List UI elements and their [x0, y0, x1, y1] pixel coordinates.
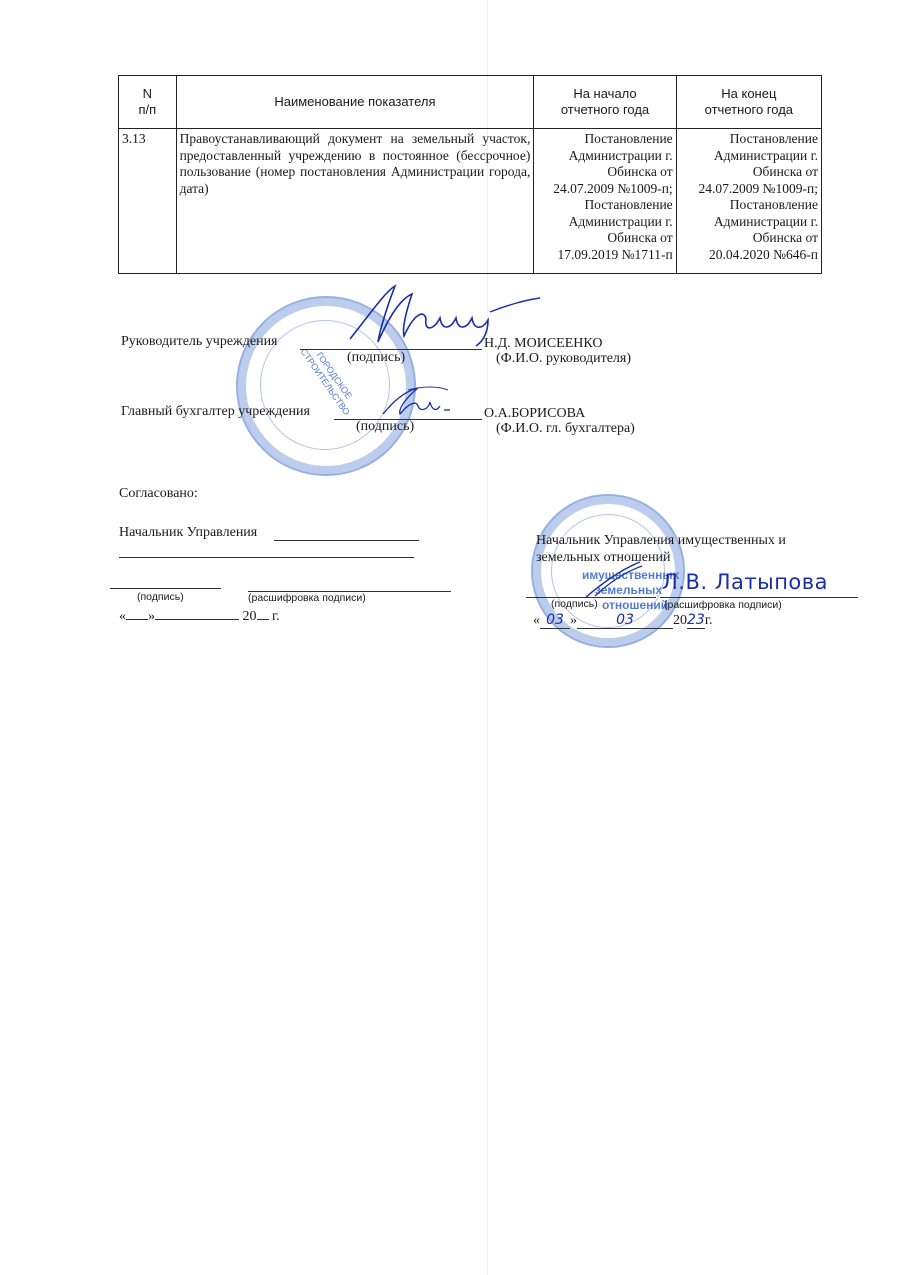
- approval-left-sign-line: [110, 588, 221, 589]
- date-year-handwritten: 23: [687, 612, 705, 629]
- accountant-sign-caption: (подпись): [356, 419, 414, 435]
- accountant-name-caption: (Ф.И.О. гл. бухгалтера): [496, 421, 635, 437]
- approval-right-handwritten-name: Л.В. Латыпова: [662, 570, 828, 594]
- approval-right-decode-caption: (расшифровка подписи): [664, 599, 782, 611]
- accountant-signature-icon: [378, 384, 458, 420]
- row-value-start: Постановление Администрации г. Обинска о…: [534, 129, 676, 274]
- header-number: N п/п: [119, 76, 177, 129]
- row-indicator-name: Правоустанавливающий документ на земельн…: [176, 129, 534, 274]
- table-header-row: N п/п Наименование показателя На начало …: [119, 76, 822, 129]
- stamp-center-text: отношений: [602, 598, 668, 612]
- approval-left-title: Начальник Управления: [119, 525, 257, 541]
- approval-right-date: «03»032023г.: [533, 612, 713, 629]
- approval-left-title-line: [274, 540, 419, 541]
- date-month-handwritten: 03: [577, 612, 673, 629]
- header-year-start: На начало отчетного года: [534, 76, 676, 129]
- date-day-handwritten: 03: [540, 612, 570, 629]
- approval-right-title-line1: Начальник Управления имущественных и: [536, 533, 786, 549]
- head-label: Руководитель учреждения: [121, 334, 278, 350]
- head-signature-icon: [340, 284, 550, 354]
- approval-right-sign-caption: (подпись): [551, 598, 598, 610]
- accountant-label: Главный бухгалтер учреждения: [121, 404, 310, 420]
- header-indicator-name: Наименование показателя: [176, 76, 534, 129]
- approval-left-date: «» 20 г.: [119, 609, 280, 625]
- approval-left-org-line: [119, 557, 414, 558]
- table-row: 3.13 Правоустанавливающий документ на зе…: [119, 129, 822, 274]
- row-number: 3.13: [119, 129, 177, 274]
- approval-right-decode-line: [660, 597, 858, 598]
- approval-left-sign-caption: (подпись): [137, 591, 184, 603]
- approval-left-decode-caption: (расшифровка подписи): [248, 592, 366, 604]
- indicators-table: N п/п Наименование показателя На начало …: [118, 75, 822, 274]
- header-year-end: На конец отчетного года: [676, 76, 821, 129]
- accountant-name: О.А.БОРИСОВА: [484, 406, 585, 422]
- row-value-end: Постановление Администрации г. Обинска о…: [676, 129, 821, 274]
- agreed-label: Согласовано:: [119, 486, 198, 502]
- approval-right-signature-icon: [580, 560, 650, 600]
